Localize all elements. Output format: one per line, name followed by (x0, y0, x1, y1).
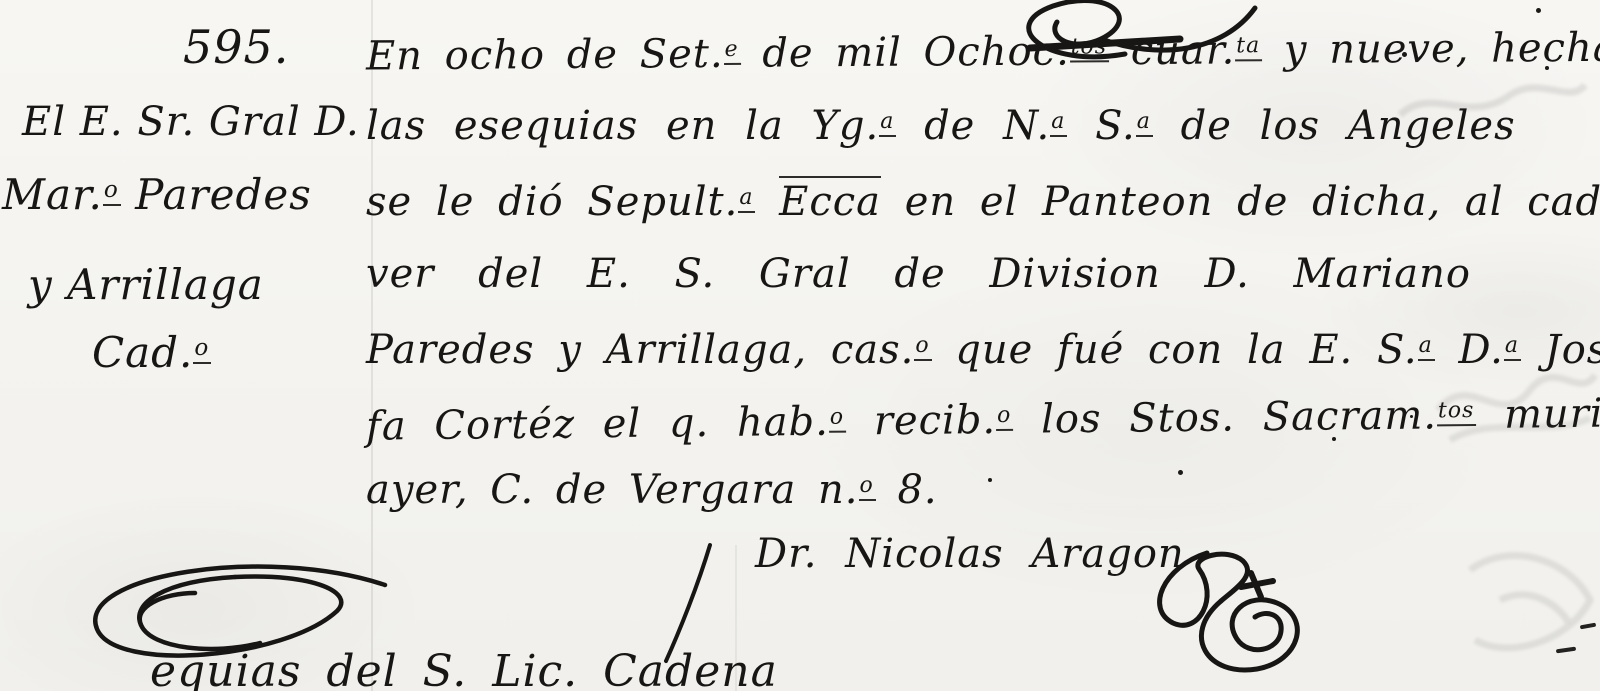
ink-speck (1332, 437, 1336, 441)
ink-speck (1178, 470, 1183, 475)
body-line-7: ayer, C. de Vergara n.o 8. (366, 468, 938, 512)
ink-speck (1402, 52, 1407, 57)
entry-number: 595. (183, 22, 289, 73)
top-calligraphic-flourish (975, 0, 1285, 77)
margin-note-line-3: y Arrillaga (28, 262, 264, 308)
bottom-left-flourish (45, 563, 410, 691)
body-line-3: se le dió Sepult.a Ecca en el Panteon de… (366, 180, 1600, 224)
ink-speck (1410, 415, 1413, 418)
margin-note-line-1: El E. Sr. Gral D. (22, 100, 360, 144)
body-line-5: Paredes y Arrillaga, cas.o que fué con l… (366, 328, 1600, 372)
signature-rubric-flourish (1115, 545, 1340, 691)
ink-speck (1536, 8, 1541, 13)
bleed-through-mark (1430, 330, 1600, 450)
body-line-4: ver del E. S. Gral de Division D. Marian… (366, 252, 1471, 296)
ink-speck (1545, 66, 1549, 70)
margin-note-line-4: Cad.o (92, 330, 211, 376)
body-line-2: las esequias en la Yg.a de N.a S.a de lo… (366, 104, 1516, 148)
margin-note-line-2: Mar.o Paredes (2, 172, 312, 218)
ink-speck (988, 478, 992, 482)
stray-descender-stroke (660, 545, 720, 665)
ink-speck (1500, 127, 1503, 130)
bleed-through-mark (1390, 55, 1590, 145)
scanned-manuscript-page: { "page": { "ink_color": "#171614", "lan… (0, 0, 1600, 691)
bleed-through-mark (1460, 530, 1600, 680)
